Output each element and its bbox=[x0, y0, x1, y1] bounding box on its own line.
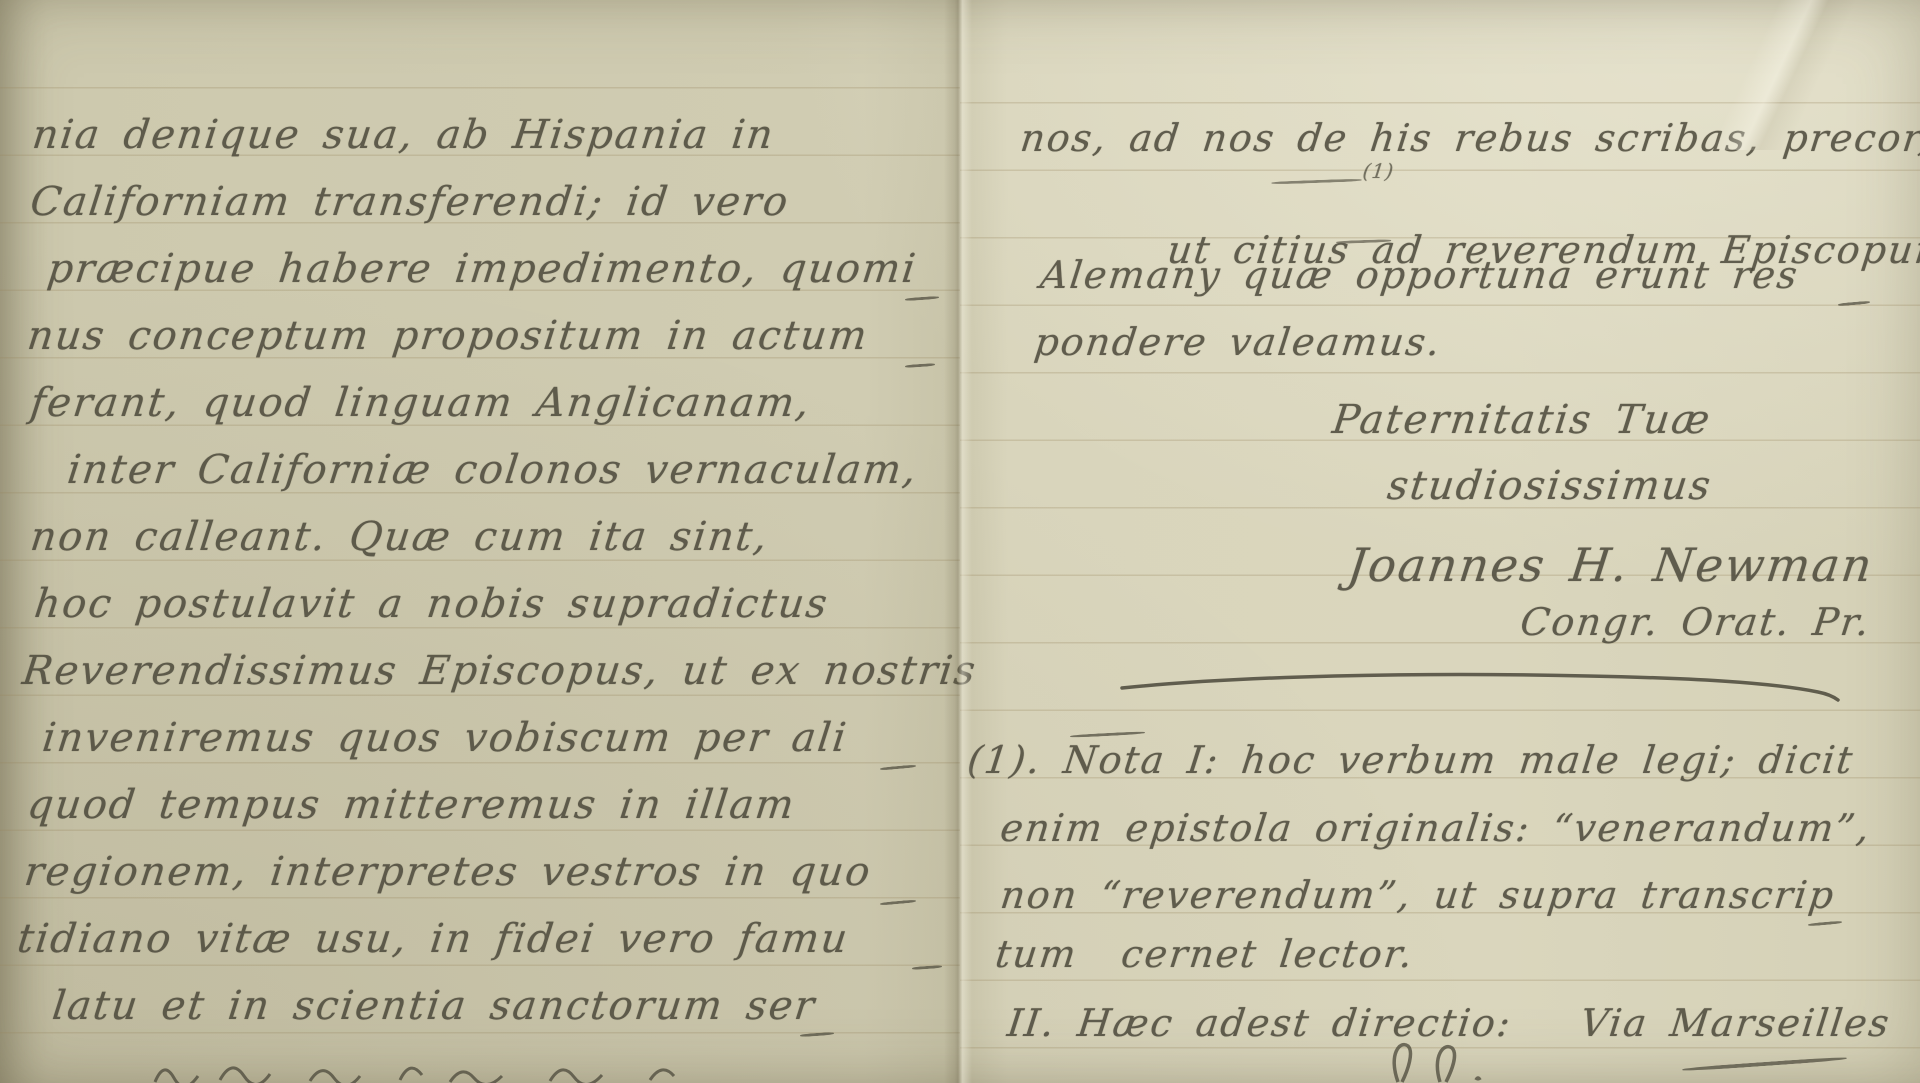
manuscript-line: latu et in scientia sanctorum ser bbox=[50, 984, 818, 1028]
footnote-reference-mark: (1) bbox=[1362, 160, 1396, 182]
manuscript-line: regionem, interpretes vestros in quo bbox=[22, 850, 874, 894]
manuscript-scan: nia denique sua, ab Hispania in Californ… bbox=[0, 0, 1920, 1083]
left-page: nia denique sua, ab Hispania in Californ… bbox=[0, 0, 960, 1083]
signature-separator-line bbox=[1118, 662, 1848, 704]
footnote-line: enim epistola originalis: “venerandum”, bbox=[998, 808, 1873, 850]
manuscript-line: inveniremus quos vobiscum per ali bbox=[40, 716, 850, 760]
footnote-line: tum cernet lector. bbox=[993, 934, 1416, 976]
signature-line: Congr. Orat. Pr. bbox=[1518, 602, 1873, 644]
manuscript-line: nus conceptum propositum in actum bbox=[25, 314, 871, 358]
manuscript-line: Alemany quæ opportuna erunt res bbox=[1038, 255, 1801, 297]
right-page: nos, ad nos de his rebus scribas, precor… bbox=[960, 0, 1920, 1083]
manuscript-line: non calleant. Quæ cum ita sint, bbox=[28, 515, 771, 559]
footnote-line: non “reverendum”, ut supra transcrip bbox=[998, 875, 1838, 917]
manuscript-line: nia denique sua, ab Hispania in bbox=[30, 113, 777, 157]
manuscript-line: Californiam transferendi; id vero bbox=[28, 180, 792, 224]
footnote-address-value: Via Marseilles bbox=[1578, 1003, 1893, 1045]
clipped-line-strokes bbox=[150, 1056, 710, 1083]
manuscript-line: pondere valeamus. bbox=[1032, 322, 1444, 364]
signature-name: Joannes H. Newman bbox=[1345, 540, 1876, 591]
manuscript-line: ferant, quod linguam Anglicanam, bbox=[28, 381, 813, 425]
clipped-line-strokes bbox=[1380, 1036, 1580, 1083]
signature-line: studiosissimus bbox=[1385, 464, 1715, 508]
manuscript-line: præcipue habere impedimento, quomi bbox=[45, 247, 920, 291]
center-fold bbox=[944, 0, 972, 1083]
manuscript-line: inter Californiæ colonos vernaculam, bbox=[65, 448, 920, 492]
manuscript-line: tidiano vitæ usu, in fidei vero famu bbox=[15, 917, 852, 961]
manuscript-line: hoc postulavit a nobis supradictus bbox=[32, 582, 831, 626]
corner-crease bbox=[1640, 0, 1920, 150]
signature-line: Paternitatis Tuæ bbox=[1330, 398, 1714, 442]
manuscript-line: Reverendissimus Episcopus, ut ex nostris bbox=[20, 649, 980, 693]
footnote-line: (1). Nota I: hoc verbum male legi; dicit bbox=[965, 740, 1856, 782]
manuscript-line: quod tempus mitteremus in illam bbox=[25, 783, 798, 827]
